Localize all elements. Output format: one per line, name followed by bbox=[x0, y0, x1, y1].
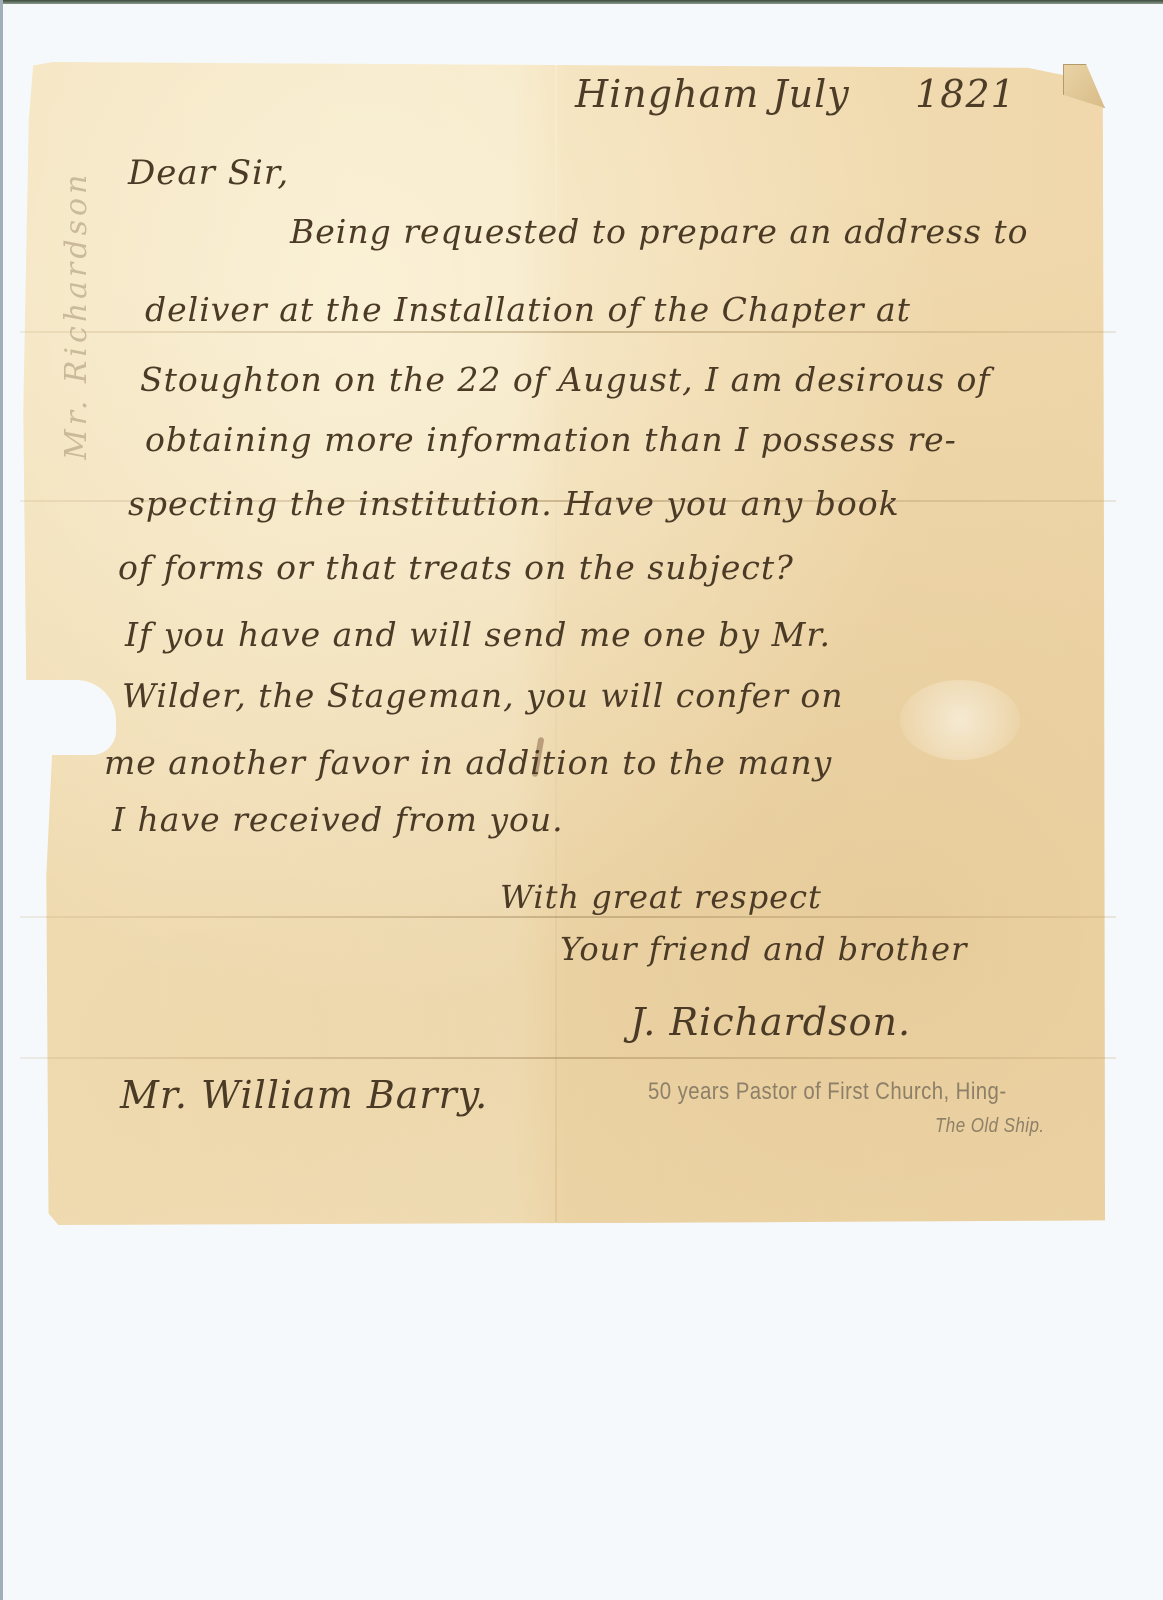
body-line: specting the institution. Have you any b… bbox=[128, 484, 900, 523]
body-line: Wilder, the Stageman, you will confer on bbox=[122, 676, 844, 715]
body-line: Stoughton on the 22 of August, I am desi… bbox=[140, 360, 991, 399]
closing-line: Your friend and brother bbox=[560, 930, 967, 968]
pencil-annotation: 50 years Pastor of First Church, Hing- bbox=[648, 1078, 1007, 1106]
closing-line: With great respect bbox=[500, 878, 822, 916]
fold-crease bbox=[20, 1057, 1116, 1059]
salutation: Dear Sir, bbox=[128, 153, 289, 193]
scanner-edge-left bbox=[0, 0, 3, 1600]
letter-heading: Hingham July 1821 bbox=[575, 72, 1016, 116]
scanner-edge-top bbox=[0, 0, 1163, 4]
body-line: deliver at the Installation of the Chapt… bbox=[145, 290, 911, 329]
fold-crease bbox=[20, 331, 1116, 333]
pencil-annotation: The Old Ship. bbox=[935, 1115, 1044, 1138]
body-line: of forms or that treats on the subject? bbox=[118, 548, 794, 587]
paper-tear bbox=[10, 680, 116, 755]
addressee: Mr. William Barry. bbox=[120, 1073, 488, 1117]
body-line: I have received from you. bbox=[112, 800, 564, 839]
heading-month: July bbox=[772, 72, 849, 116]
body-line: me another favor in addition to the many bbox=[104, 743, 832, 782]
fold-crease bbox=[20, 916, 1116, 918]
signature: J. Richardson. bbox=[630, 1000, 911, 1044]
body-line: If you have and will send me one by Mr. bbox=[125, 615, 831, 654]
body-line: Being requested to prepare an address to bbox=[290, 212, 1029, 251]
body-line: obtaining more information than I posses… bbox=[145, 420, 957, 459]
heading-year: 1821 bbox=[915, 72, 1016, 116]
paper-stain bbox=[900, 680, 1020, 760]
bleed-through-margin-text: Mr. Richardson bbox=[60, 90, 120, 460]
heading-place: Hingham bbox=[575, 72, 759, 116]
